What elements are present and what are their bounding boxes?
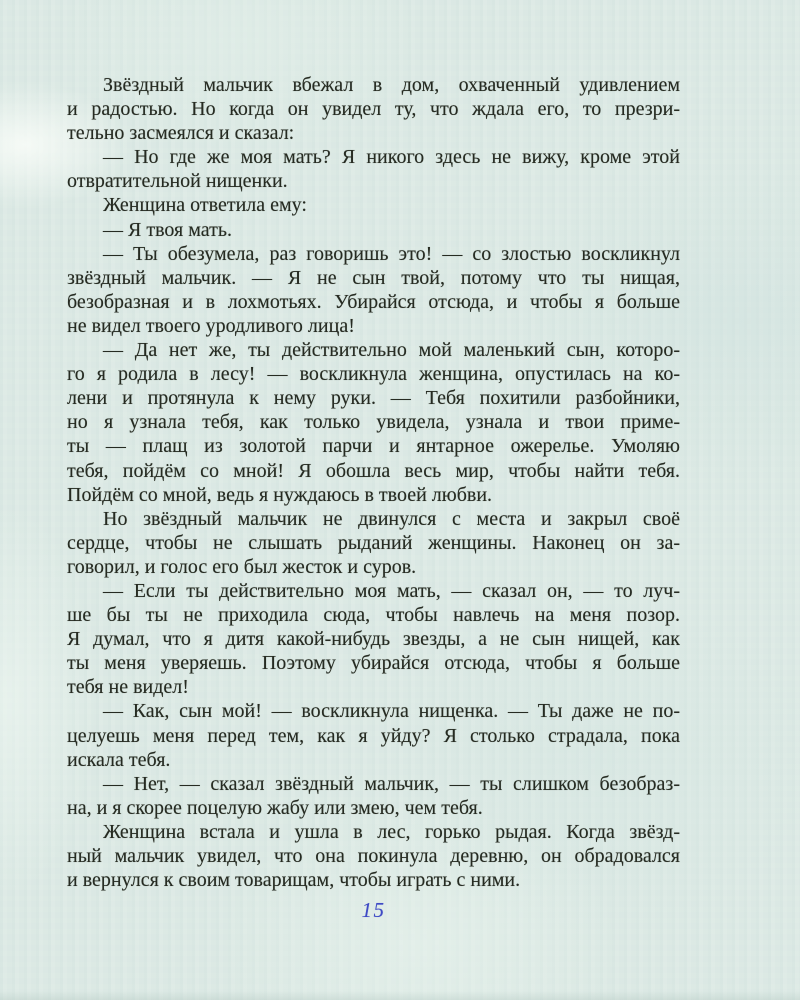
text-line: тебя, пойдём со мной! Я обошла весь мир,… [67, 459, 680, 483]
text-line: Но звёздный мальчик не двинулся с места … [67, 507, 680, 531]
text-line: но я узнала тебя, как только увидела, уз… [67, 410, 680, 434]
text-line: безобразная и в лохмотьях. Убирайся отсю… [67, 290, 680, 314]
text-line: и радостью. Но когда он увидел ту, что ж… [67, 97, 680, 121]
text-line: ты меня уверяешь. Поэтому убирайся отсюд… [67, 651, 680, 675]
text-line: и вернулся к своим товарищам, чтобы игра… [67, 868, 680, 892]
text-line: ты — плащ из золотой парчи и янтарное ож… [67, 434, 680, 458]
text-line: ше бы ты не приходила сюда, чтобы навлеч… [67, 603, 680, 627]
text-line: — Ты обезумела, раз говоришь это! — со з… [67, 242, 680, 266]
paragraph: — Я твоя мать. [67, 218, 680, 242]
text-line: сердце, чтобы не слышать рыданий женщины… [67, 531, 680, 555]
text-line: — Да нет же, ты действительно мой малень… [67, 338, 680, 362]
paragraph: — Если ты действительно моя мать, — сказ… [67, 579, 680, 699]
text-line: Женщина встала и ушла в лес, горько рыда… [67, 820, 680, 844]
book-page: Звёздный мальчик вбежал в дом, охваченны… [0, 0, 800, 1000]
paragraph: — Но где же моя мать? Я никого здесь не … [67, 145, 680, 193]
text-line: — Если ты действительно моя мать, — сказ… [67, 579, 680, 603]
paragraph: — Да нет же, ты действительно мой малень… [67, 338, 680, 507]
text-line: Я думал, что я дитя какой-нибудь звезды,… [67, 627, 680, 651]
text-line: говорил, и голос его был жесток и суров. [67, 555, 680, 579]
text-line: — Нет, — сказал звёздный мальчик, — ты с… [67, 772, 680, 796]
text-line: лени и протянула к нему руки. — Тебя пох… [67, 386, 680, 410]
text-line: го я родила в лесу! — воскликнула женщин… [67, 362, 680, 386]
paragraph: Но звёздный мальчик не двинулся с места … [67, 507, 680, 579]
text-line: на, и я скорее поцелую жабу или змею, че… [67, 796, 680, 820]
text-line: ный мальчик увидел, что она покинула дер… [67, 844, 680, 868]
text-line: отвратительной нищенки. [67, 169, 680, 193]
text-line: Звёздный мальчик вбежал в дом, охваченны… [67, 73, 680, 97]
text-line: Женщина ответила ему: [67, 193, 680, 217]
page-number: 15 [67, 898, 680, 923]
text-line: Пойдём со мной, ведь я нуждаюсь в твоей … [67, 483, 680, 507]
paragraph: — Нет, — сказал звёздный мальчик, — ты с… [67, 772, 680, 820]
text-line: тебя не видел! [67, 675, 680, 699]
paragraph: Женщина ответила ему: [67, 193, 680, 217]
text-line: тельно засмеялся и сказал: [67, 121, 680, 145]
text-line: — Но где же моя мать? Я никого здесь не … [67, 145, 680, 169]
paragraph: Женщина встала и ушла в лес, горько рыда… [67, 820, 680, 892]
text-line: целуешь меня перед тем, как я уйду? Я ст… [67, 724, 680, 748]
text-line: искала тебя. [67, 748, 680, 772]
text-line: — Я твоя мать. [67, 218, 680, 242]
text-line: — Как, сын мой! — воскликнула нищенка. —… [67, 699, 680, 723]
text-line: звёздный мальчик. — Я не сын твой, потом… [67, 266, 680, 290]
paragraph: — Ты обезумела, раз говоришь это! — со з… [67, 242, 680, 338]
paragraph: Звёздный мальчик вбежал в дом, охваченны… [67, 73, 680, 145]
text-line: не видел твоего уродливого лица! [67, 314, 680, 338]
story-text: Звёздный мальчик вбежал в дом, охваченны… [67, 73, 680, 892]
paragraph: — Как, сын мой! — воскликнула нищенка. —… [67, 699, 680, 771]
